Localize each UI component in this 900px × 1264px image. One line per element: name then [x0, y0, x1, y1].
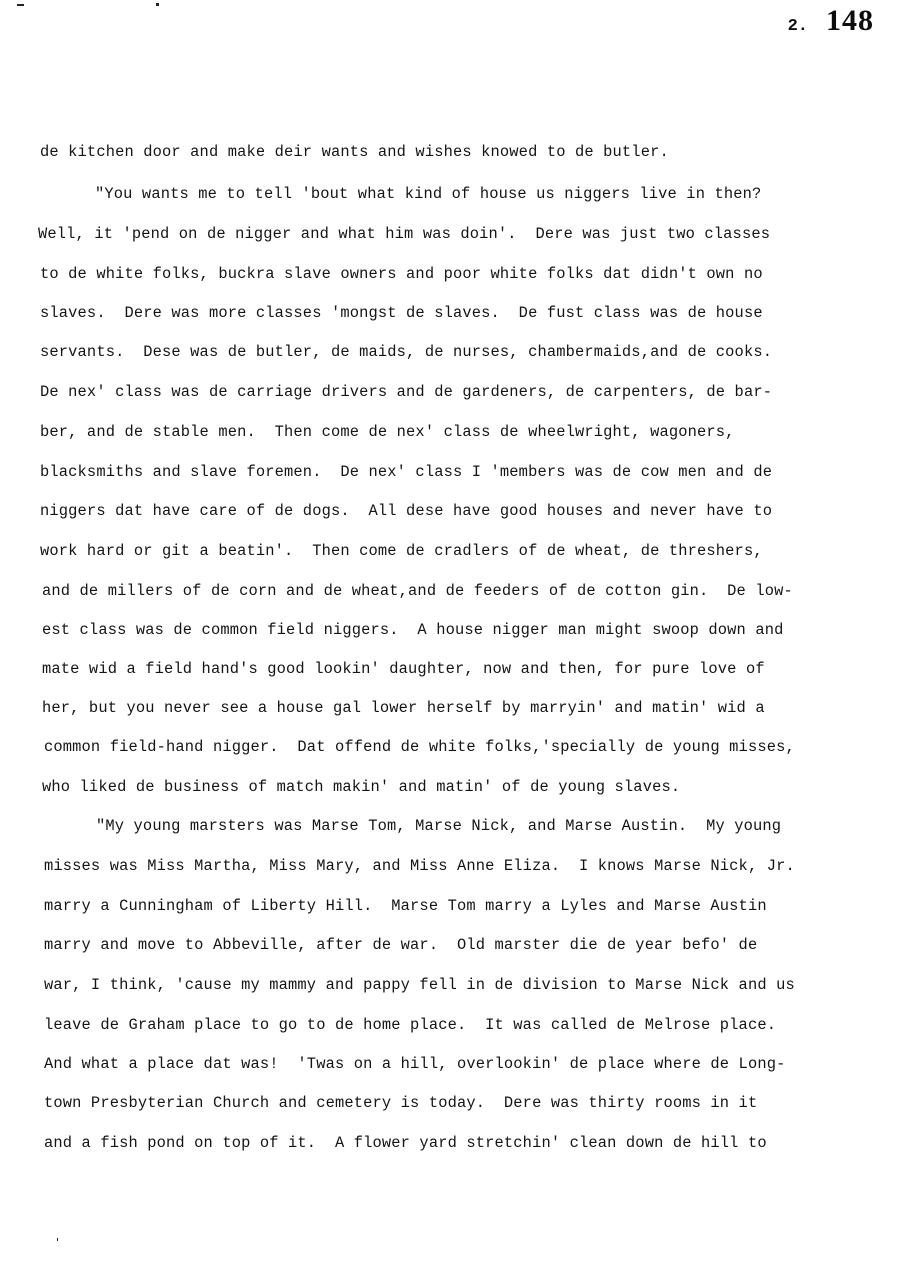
page-number-stamp: 148: [826, 4, 874, 38]
scan-speck: [17, 4, 24, 6]
text-line: leave de Graham place to go to de home p…: [44, 1015, 776, 1035]
text-line: town Presbyterian Church and cemetery is…: [44, 1093, 757, 1113]
page-header: 2. 148: [788, 4, 874, 38]
text-line: mate wid a field hand's good lookin' dau…: [42, 659, 765, 679]
text-line: and a fish pond on top of it. A flower y…: [44, 1133, 767, 1153]
text-line: work hard or git a beatin'. Then come de…: [40, 541, 763, 561]
text-line: And what a place dat was! 'Twas on a hil…: [44, 1054, 786, 1074]
scan-speck: [156, 3, 159, 6]
text-line: to de white folks, buckra slave owners a…: [40, 264, 763, 284]
text-line: Well, it 'pend on de nigger and what him…: [38, 224, 770, 244]
text-line: who liked de business of match makin' an…: [42, 777, 680, 797]
text-line: common field-hand nigger. Dat offend de …: [44, 737, 795, 757]
typewritten-page: 2. 148 de kitchen door and make deir wan…: [0, 0, 900, 1264]
text-line: De nex' class was de carriage drivers an…: [40, 382, 772, 402]
text-line: and de millers of de corn and de wheat,a…: [42, 581, 793, 601]
text-line: servants. Dese was de butler, de maids, …: [40, 342, 772, 362]
text-line: "You wants me to tell 'bout what kind of…: [95, 184, 761, 204]
section-number: 2.: [788, 17, 808, 36]
text-line: war, I think, 'cause my mammy and pappy …: [44, 975, 795, 995]
text-line: "My young marsters was Marse Tom, Marse …: [96, 816, 781, 836]
text-line: misses was Miss Martha, Miss Mary, and M…: [44, 856, 795, 876]
text-line: niggers dat have care of de dogs. All de…: [40, 501, 772, 521]
text-line: slaves. Dere was more classes 'mongst de…: [40, 303, 763, 323]
text-line: marry a Cunningham of Liberty Hill. Mars…: [44, 896, 767, 916]
scan-speck: [57, 1238, 58, 1241]
text-line: est class was de common field niggers. A…: [42, 620, 784, 640]
text-line: de kitchen door and make deir wants and …: [40, 142, 669, 162]
text-line: ber, and de stable men. Then come de nex…: [40, 422, 735, 442]
text-line: blacksmiths and slave foremen. De nex' c…: [40, 462, 772, 482]
text-line: marry and move to Abbeville, after de wa…: [44, 935, 757, 955]
text-line: her, but you never see a house gal lower…: [42, 698, 765, 718]
